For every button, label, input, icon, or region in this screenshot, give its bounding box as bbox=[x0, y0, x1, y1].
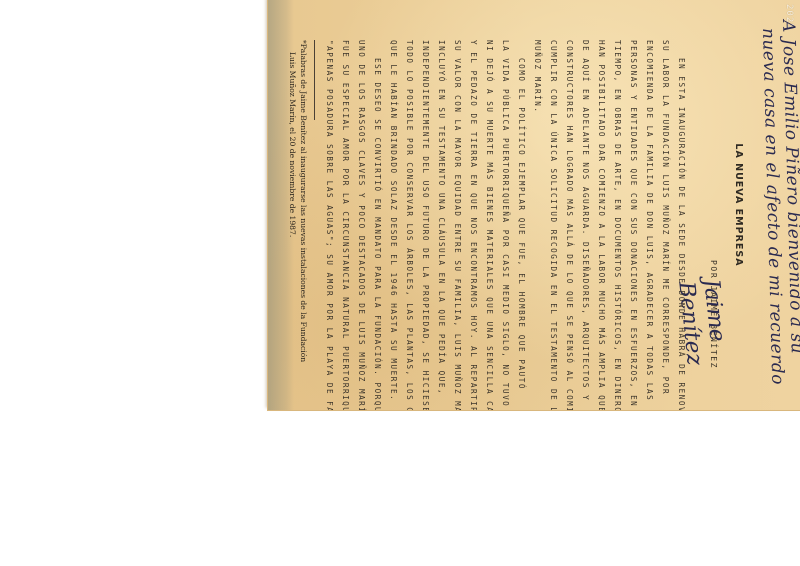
body-line: SU VALOR CON LA MAYOR EQUIDAD ENTRE SU F… bbox=[449, 40, 465, 390]
body-line: FUE SU ESPECIAL AMOR POR LA CIRCUNSTANCI… bbox=[337, 40, 353, 390]
body-line: DE AQUÍ EN ADELANTE NOS AGUARDA. DISEÑAD… bbox=[577, 40, 593, 390]
body-line: LA VIDA PÚBLICA PUERTORRIQUEÑA POR CASI … bbox=[497, 40, 513, 390]
footnote-line-1: *Palabras de Jaime Benítez al inaugurars… bbox=[298, 40, 309, 380]
body-line: "APENAS POSADURA SOBRE LAS AGUAS"; SU AM… bbox=[321, 40, 337, 390]
footnote: *Palabras de Jaime Benítez al inaugurars… bbox=[287, 40, 309, 380]
footnote-divider bbox=[314, 40, 315, 120]
body-line: NI DEJÓ A SU MUERTE MÁS BIENES MATERIALE… bbox=[481, 40, 497, 390]
body-line: SU LABOR LA FUNDACIÓN LUIS MUÑOZ MARÍN M… bbox=[657, 40, 673, 390]
body-line: Y EL PEDAZO DE TIERRA EN QUE NOS ENCONTR… bbox=[465, 40, 481, 390]
body-line: PERSONAS Y ENTIDADES QUE CON SUS DONACIO… bbox=[625, 40, 641, 390]
body-line: UNO DE LOS RASGOS CLAVES Y POCO DESTACAD… bbox=[353, 40, 369, 390]
body-line: INCLUYÓ EN SU TESTAMENTO UNA CLÁUSULA EN… bbox=[433, 40, 449, 390]
body-line: EN ESTA INAUGURACIÓN DE LA SEDE DESDE DO… bbox=[673, 40, 689, 390]
body-line: HAN POSIBILITADO DAR COMIENZO A LA LABOR… bbox=[593, 40, 609, 390]
document-title: LA NUEVA EMPRESA bbox=[733, 0, 744, 410]
body-line: TIEMPO, EN OBRAS DE ARTE, EN DOCUMENTOS … bbox=[609, 40, 625, 390]
body-line: COMO EL POLÍTICO EJEMPLAR QUE FUE, EL HO… bbox=[513, 40, 529, 390]
body-line: MUÑOZ MARÍN. bbox=[529, 40, 545, 390]
body-line: ENCOMIENDA DE LA FAMILIA DE DON LUIS, AG… bbox=[641, 40, 657, 390]
body-line: ESE DESEO SE CONVIRTIÓ EN MANDATO PARA L… bbox=[369, 40, 385, 390]
footnote-line-2: Luis Muñoz Marín, el 20 de noviembre de … bbox=[287, 40, 298, 380]
body-line: INDEPENDIENTEMENTE DEL USO FUTURO DE LA … bbox=[417, 40, 433, 390]
body-line: QUE LE HABÍAN BRINDADO SOLAZ DESDE EL 19… bbox=[385, 40, 401, 390]
body-text: EN ESTA INAUGURACIÓN DE LA SEDE DESDE DO… bbox=[321, 40, 689, 390]
body-line: CONSTRUCTORES HAN LOGRADO MÁS ALLÁ DE LO… bbox=[561, 40, 577, 390]
scanned-document-page: 2025 A Jose Emilio Piñero bienvenido a s… bbox=[268, 0, 800, 410]
body-line: TODO LO POSIBLE POR CONSERVAR LOS ÁRBOLE… bbox=[401, 40, 417, 390]
body-line: CUMPLIR CON LA ÚNICA SOLICITUD RECOGIDA … bbox=[545, 40, 561, 390]
